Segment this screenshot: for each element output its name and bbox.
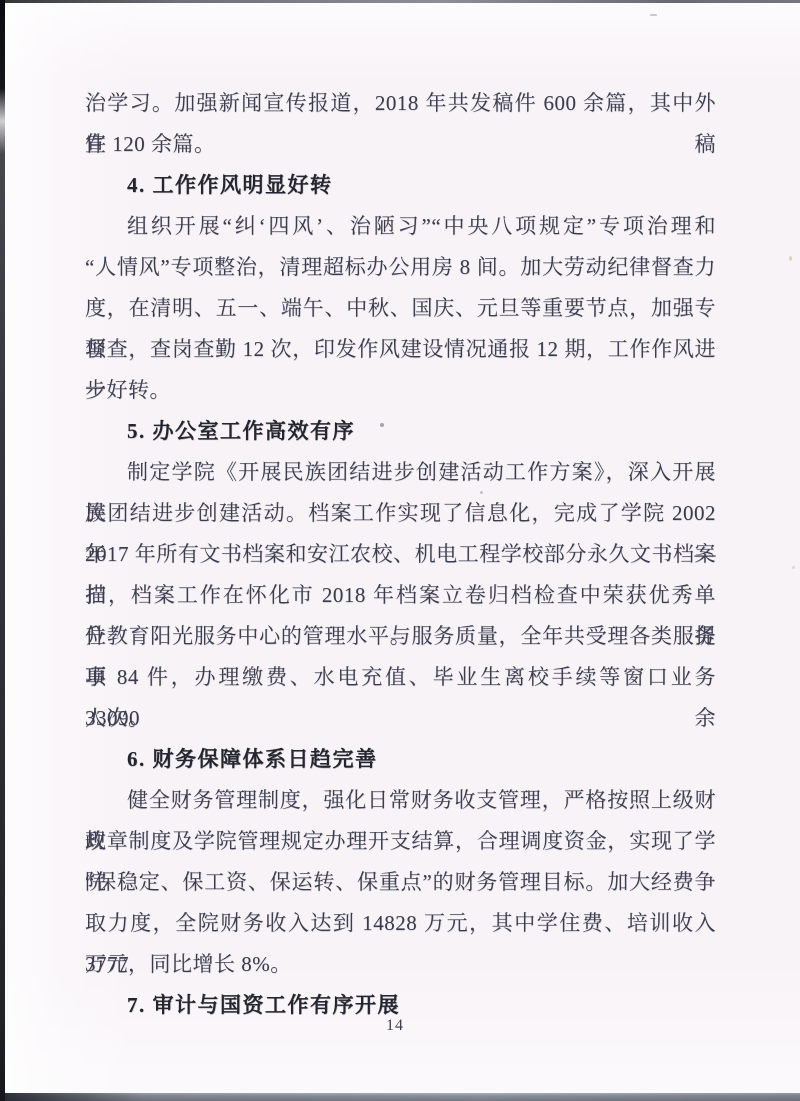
text-line: 升教育阳光服务中心的管理水平与服务质量，全年共受理各类服务事 xyxy=(85,616,716,657)
scanned-page: 治学习。加强新闻宣传报道，2018 年共发稿件 600 余篇，其中外宣稿件 12… xyxy=(0,0,800,1101)
scan-speck xyxy=(650,14,657,16)
scan-speck xyxy=(789,256,792,261)
scan-edge-left xyxy=(0,0,5,1101)
scan-edge-bottom xyxy=(0,1093,800,1101)
scan-edge-top xyxy=(0,0,800,3)
text-line: 督查，查岗查勤 12 次，印发作风建设情况通报 12 期，工作作风进一 xyxy=(85,329,716,370)
text-line: 治学习。加强新闻宣传报道，2018 年共发稿件 600 余篇，其中外宣稿 xyxy=(85,83,716,124)
text-line: 项 84 件，办理缴费、水电充值、毕业生离校手续等窗口业务 33090 余 xyxy=(85,657,716,698)
scan-speck xyxy=(792,566,795,569)
text-line: 制定学院《开展民族团结进步创建活动工作方案》，深入开展民 xyxy=(85,452,716,493)
section-heading: 5. 办公室工作高效有序 xyxy=(85,411,716,452)
section-heading: 4. 工作作风明显好转 xyxy=(85,165,716,206)
text-line: 取力度，全院财务收入达到 14828 万元，其中学住费、培训收入 3777 xyxy=(85,903,716,944)
document-body: 治学习。加强新闻宣传报道，2018 年共发稿件 600 余篇，其中外宣稿件 12… xyxy=(85,83,716,1026)
text-line: “保稳定、保工资、保运转、保重点”的财务管理目标。加大经费争 xyxy=(85,862,716,903)
section-heading: 6. 财务保障体系日趋完善 xyxy=(85,739,716,780)
text-line: 描，档案工作在怀化市 2018 年档案立卷归档检查中荣获优秀单位。提 xyxy=(85,575,716,616)
text-line: 健全财务管理制度，强化日常财务收支管理，严格按照上级财政 xyxy=(85,780,716,821)
text-line: 步好转。 xyxy=(85,370,716,411)
text-line: 2017 年所有文书档案和安江农校、机电工程学校部分永久文书档案扫 xyxy=(85,534,716,575)
text-line: 族团结进步创建活动。档案工作实现了信息化，完成了学院 2002 年— xyxy=(85,493,716,534)
text-line: 万元，同比增长 8%。 xyxy=(85,944,716,985)
text-line: 组织开展“纠‘四风’、治陋习”“中央八项规定”专项治理和 xyxy=(85,206,716,247)
text-line: “人情风”专项整治，清理超标办公用房 8 间。加大劳动纪律督查力 xyxy=(85,247,716,288)
text-line: 度，在清明、五一、端午、中秋、国庆、元旦等重要节点，加强专项 xyxy=(85,288,716,329)
text-line: 规章制度及学院管理规定办理开支结算，合理调度资金，实现了学院 xyxy=(85,821,716,862)
page-number: 14 xyxy=(0,1014,790,1038)
